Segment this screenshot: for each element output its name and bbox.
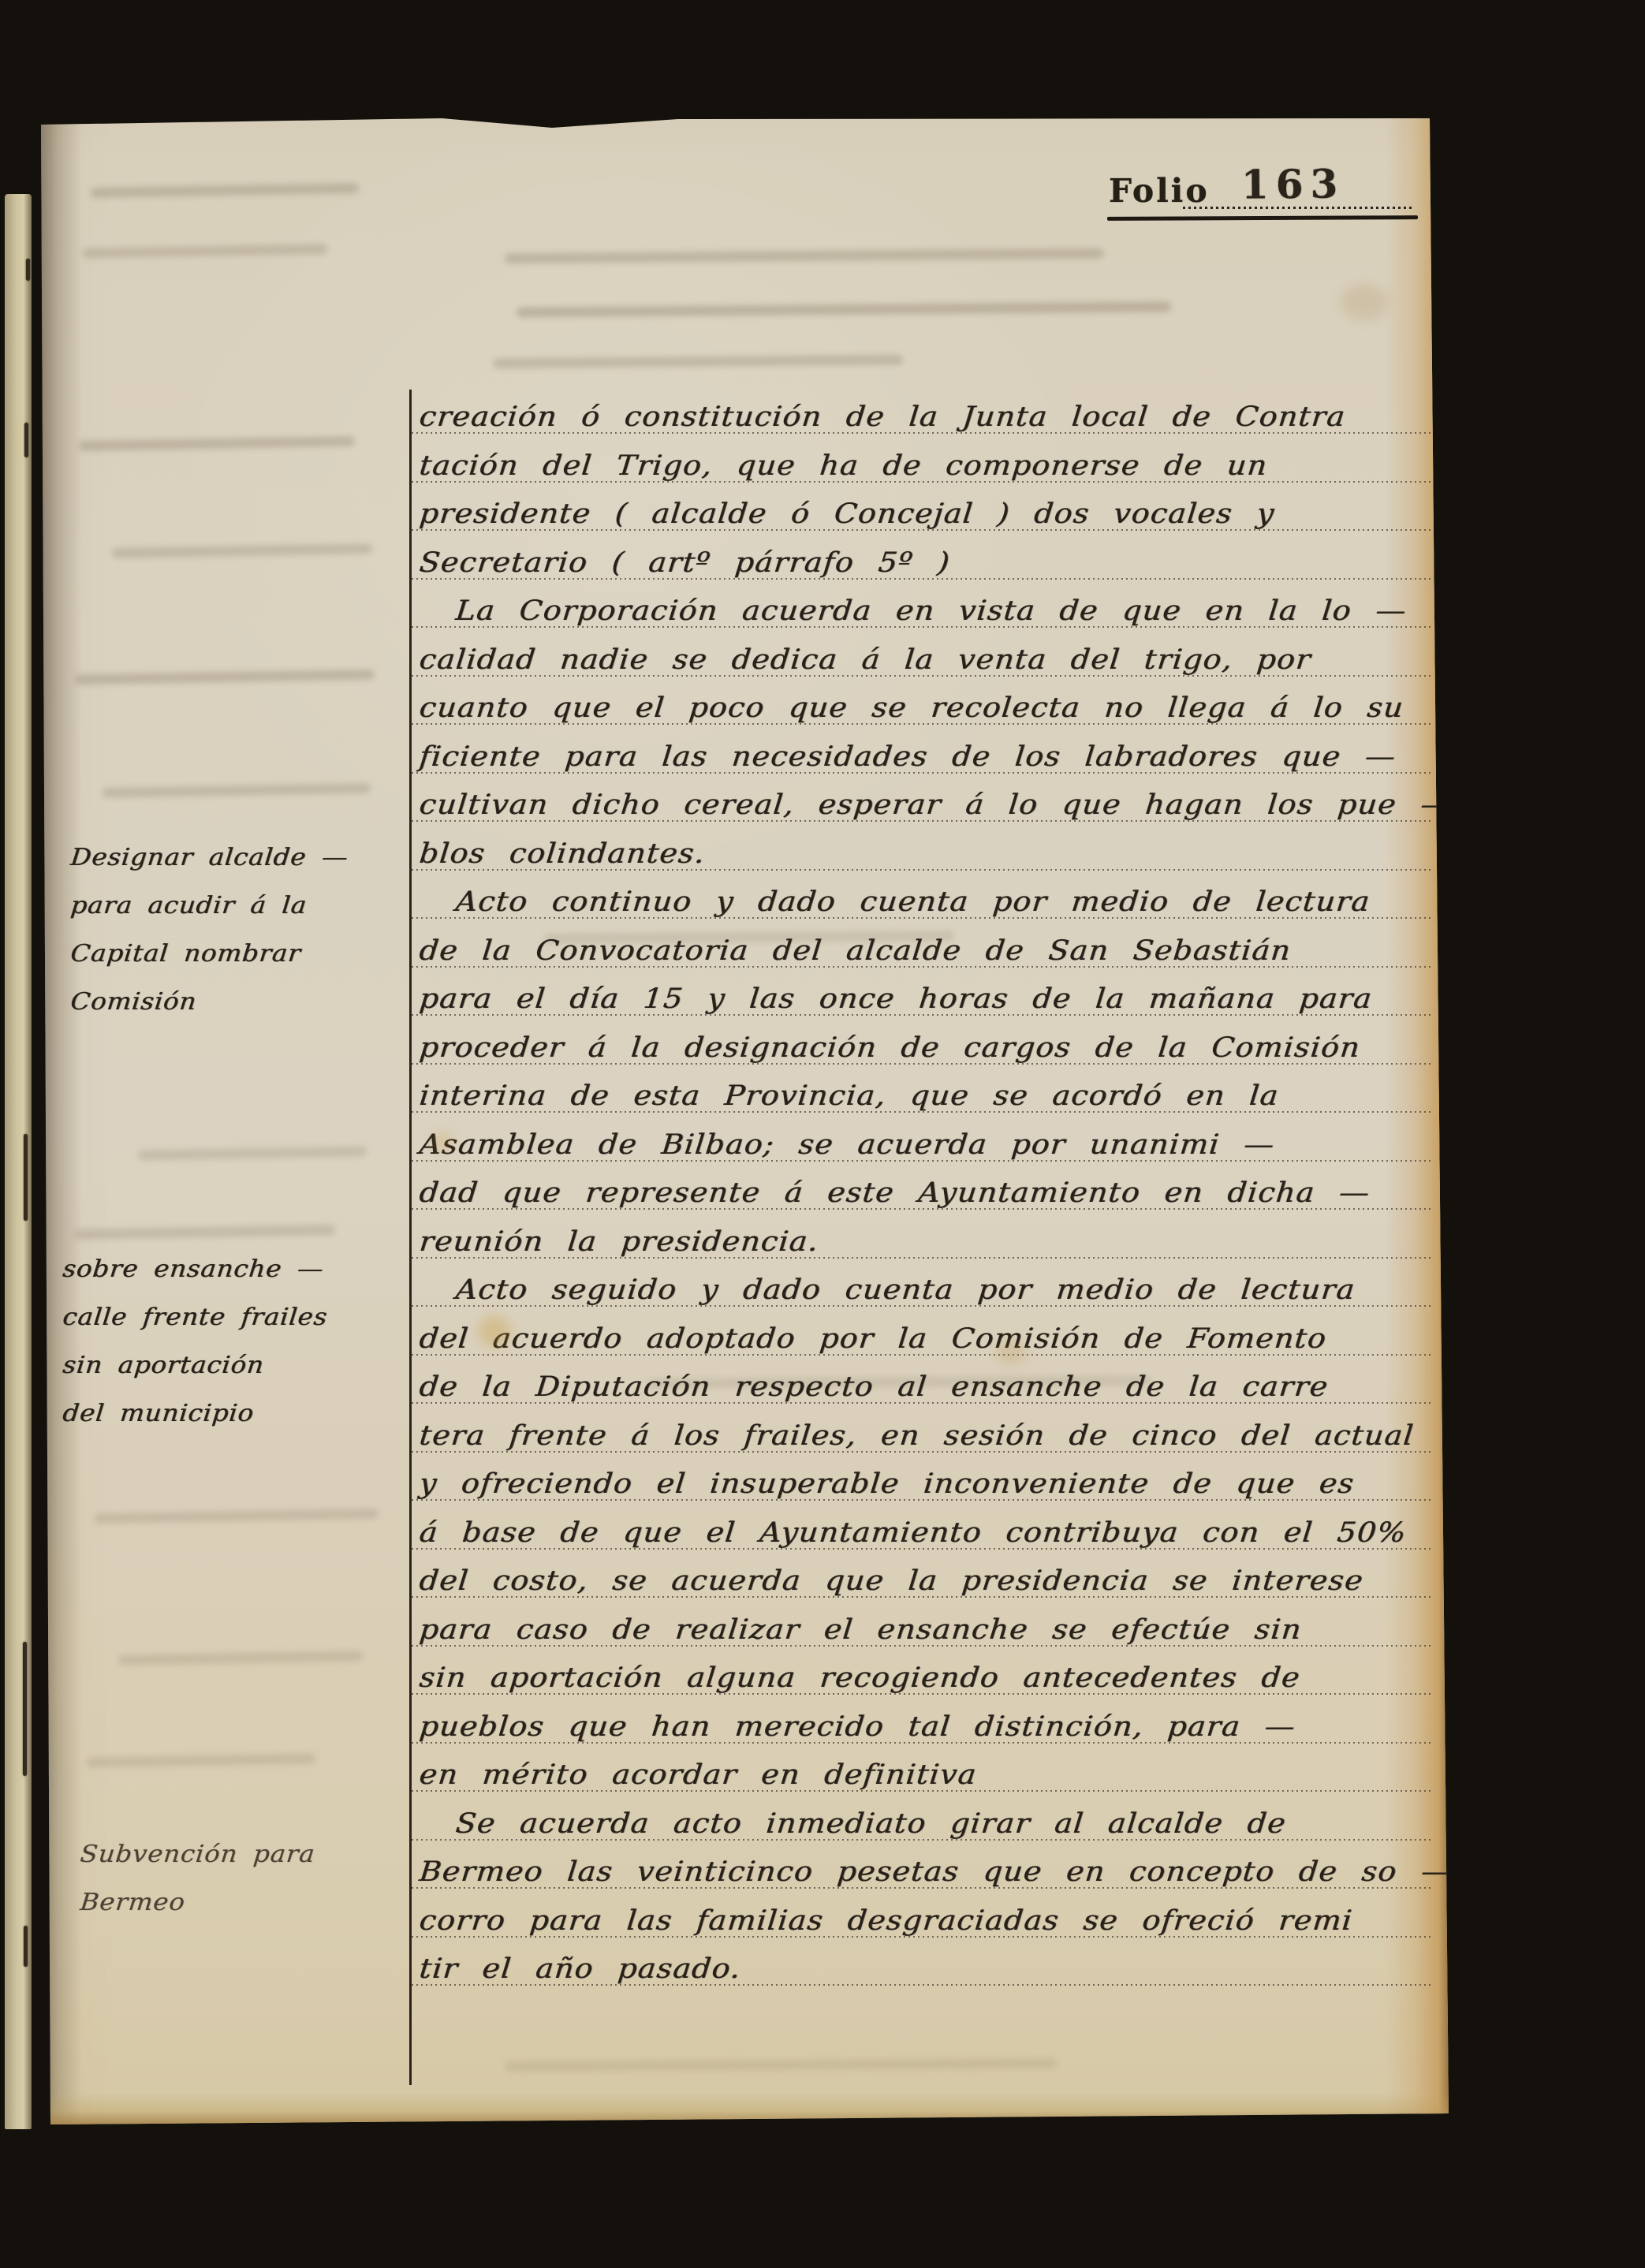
stain-mark — [432, 1132, 453, 1151]
manuscript-line: Acto continuo y dado cuenta por medio de… — [412, 871, 1432, 919]
manuscript-line-text: del acuerdo adoptado por la Comisión de … — [418, 1323, 1328, 1355]
manuscript-page: Folio 163 Designar alcalde —para acudir … — [0, 0, 1645, 2268]
manuscript-line: de la Diputación respecto al ensanche de… — [412, 1356, 1432, 1404]
manuscript-line-text: Acto seguido y dado cuenta por medio de … — [454, 1274, 1356, 1306]
marginal-note-line: sin aportación — [55, 1334, 394, 1380]
marginal-note-line: del municipio — [55, 1382, 394, 1428]
manuscript-line: á base de que el Ayuntamiento contribuya… — [412, 1502, 1432, 1550]
manuscript-line: de la Convocatoria del alcalde de San Se… — [412, 920, 1432, 968]
manuscript-line: presidente ( alcalde ó Concejal ) dos vo… — [412, 483, 1432, 531]
marginal-note-line: Designar alcalde — — [63, 826, 402, 872]
stitch-mark — [24, 423, 28, 457]
marginal-note-text: Bermeo — [79, 1889, 186, 1916]
folio-number: 163 — [1241, 160, 1345, 207]
manuscript-line: pueblos que han merecido tal distinción,… — [412, 1696, 1432, 1744]
manuscript-line-text: para el día 15 y las once horas de la ma… — [418, 983, 1374, 1015]
manuscript-line: y ofreciendo el insuperable inconvenient… — [412, 1453, 1432, 1501]
manuscript-line: reunión la presidencia. — [412, 1211, 1432, 1259]
manuscript-line-text: reunión la presidencia. — [418, 1226, 820, 1258]
manuscript-line: calidad nadie se dedica á la venta del t… — [412, 629, 1432, 677]
manuscript-line-text: presidente ( alcalde ó Concejal ) dos vo… — [418, 498, 1276, 530]
manuscript-line-text: calidad nadie se dedica á la venta del t… — [418, 644, 1313, 676]
folio-dotted-leader — [1183, 207, 1413, 209]
manuscript-line: para caso de realizar el ensanche se efe… — [412, 1599, 1432, 1647]
manuscript-line: ficiente para las necesidades de los lab… — [412, 726, 1432, 774]
marginal-note-text: calle frente frailes — [62, 1304, 329, 1331]
manuscript-line-text: Asamblea de Bilbao; se acuerda por unani… — [418, 1129, 1276, 1161]
manuscript-line: creación ó constitución de la Junta loca… — [412, 386, 1432, 434]
marginal-note-line: Subvención para — [73, 1823, 412, 1869]
manuscript-line-text: sin aportación alguna recogiendo anteced… — [418, 1662, 1302, 1694]
manuscript-line-text: dad que represente á este Ayuntamiento e… — [418, 1177, 1371, 1209]
manuscript-line-text: de la Diputación respecto al ensanche de… — [418, 1371, 1330, 1403]
manuscript-line-text: Secretario ( artº párrafo 5º ) — [418, 547, 952, 579]
manuscript-line-text: corro para las familias desgraciadas se … — [418, 1905, 1354, 1937]
manuscript-line: del costo, se acuerda que la presidencia… — [412, 1550, 1432, 1598]
manuscript-line-text: pueblos que han merecido tal distinción,… — [418, 1711, 1297, 1743]
manuscript-line: del acuerdo adoptado por la Comisión de … — [412, 1308, 1432, 1356]
stitch-mark — [24, 1926, 28, 1967]
manuscript-line-text: cultivan dicho cereal, esperar á lo que … — [418, 789, 1453, 821]
manuscript-line-text: de la Convocatoria del alcalde de San Se… — [418, 935, 1292, 967]
manuscript-line-text: á base de que el Ayuntamiento contribuya… — [418, 1517, 1408, 1549]
manuscript-line-text: tación del Trigo, que ha de componerse d… — [418, 450, 1269, 482]
manuscript-line: tera frente á los frailes, en sesión de … — [412, 1405, 1432, 1453]
manuscript-line: Se acuerda acto inmediato girar al alcal… — [412, 1793, 1432, 1841]
manuscript-line: tir el año pasado. — [412, 1938, 1432, 1986]
manuscript-line-text: en mérito acordar en definitiva — [418, 1759, 978, 1791]
manuscript-line: Asamblea de Bilbao; se acuerda por unani… — [412, 1114, 1432, 1162]
stain-mark — [1341, 284, 1388, 320]
marginal-note-text: sobre ensanche — — [62, 1255, 325, 1283]
stitch-mark — [23, 1642, 27, 1776]
manuscript-line: blos colindantes. — [412, 823, 1432, 871]
marginal-note-text: del municipio — [62, 1400, 256, 1427]
manuscript-line-text: interina de esta Provincia, que se acord… — [418, 1080, 1281, 1112]
marginal-note-text: Comisión — [69, 988, 198, 1016]
marginal-note-text: para acudir á la — [69, 892, 308, 920]
stitch-mark — [24, 1134, 28, 1221]
manuscript-line-text: tera frente á los frailes, en sesión de … — [418, 1420, 1416, 1452]
manuscript-line-text: blos colindantes. — [418, 838, 707, 870]
manuscript-line-text: Bermeo las veinticinco pesetas que en co… — [418, 1856, 1453, 1888]
manuscript-line: Bermeo las veinticinco pesetas que en co… — [412, 1841, 1432, 1889]
manuscript-line: cultivan dicho cereal, esperar á lo que … — [412, 774, 1432, 822]
manuscript-line: cuanto que el poco que se recolecta no l… — [412, 677, 1432, 725]
scanned-book-photo: Folio 163 Designar alcalde —para acudir … — [0, 0, 1645, 2268]
marginal-note-line: Capital nombrar — [63, 923, 402, 968]
marginal-note-line: calle frente frailes — [55, 1286, 394, 1332]
marginal-note-text: Subvención para — [79, 1841, 316, 1868]
manuscript-line-text: Acto continuo y dado cuenta por medio de… — [454, 886, 1371, 918]
manuscript-line: dad que represente á este Ayuntamiento e… — [412, 1162, 1432, 1210]
manuscript-line: sin aportación alguna recogiendo anteced… — [412, 1647, 1432, 1695]
manuscript-line-text: del costo, se acuerda que la presidencia… — [418, 1565, 1365, 1597]
manuscript-line: interina de esta Provincia, que se acord… — [412, 1065, 1432, 1113]
marginal-note-line: sobre ensanche — — [55, 1238, 394, 1284]
marginal-note-line: para acudir á la — [63, 875, 402, 920]
manuscript-line: La Corporación acuerda en vista de que e… — [412, 580, 1432, 628]
marginal-note-line: Comisión — [63, 971, 402, 1016]
marginal-note-text: Designar alcalde — — [69, 844, 349, 871]
manuscript-line: para el día 15 y las once horas de la ma… — [412, 968, 1432, 1016]
folio-stamp-label: Folio — [1109, 172, 1210, 210]
manuscript-line-text: y ofreciendo el insuperable inconvenient… — [418, 1468, 1356, 1500]
manuscript-line: en mérito acordar en definitiva — [412, 1744, 1432, 1792]
stain-mark — [995, 1341, 1027, 1364]
manuscript-line: corro para las familias desgraciadas se … — [412, 1890, 1432, 1938]
stitch-mark — [26, 259, 30, 281]
manuscript-line: Acto seguido y dado cuenta por medio de … — [412, 1259, 1432, 1307]
manuscript-line-text: creación ó constitución de la Junta loca… — [418, 401, 1347, 433]
manuscript-line-text: La Corporación acuerda en vista de que e… — [454, 595, 1408, 627]
manuscript-line: Secretario ( artº párrafo 5º ) — [412, 532, 1432, 580]
manuscript-line-text: tir el año pasado. — [418, 1953, 742, 1985]
marginal-note-text: sin aportación — [62, 1352, 265, 1379]
stain-mark — [478, 1315, 511, 1347]
marginal-note-text: Capital nombrar — [69, 940, 302, 968]
manuscript-line-text: proceder á la designación de cargos de l… — [418, 1032, 1362, 1064]
manuscript-line-text: ficiente para las necesidades de los lab… — [418, 741, 1397, 773]
marginal-note-line: Bermeo — [73, 1871, 412, 1917]
manuscript-line-text: para caso de realizar el ensanche se efe… — [418, 1614, 1304, 1646]
manuscript-line: tación del Trigo, que ha de componerse d… — [412, 435, 1432, 483]
manuscript-line-text: cuanto que el poco que se recolecta no l… — [418, 692, 1405, 724]
manuscript-line-text: Se acuerda acto inmediato girar al alcal… — [454, 1808, 1288, 1840]
manuscript-line: proceder á la designación de cargos de l… — [412, 1017, 1432, 1065]
